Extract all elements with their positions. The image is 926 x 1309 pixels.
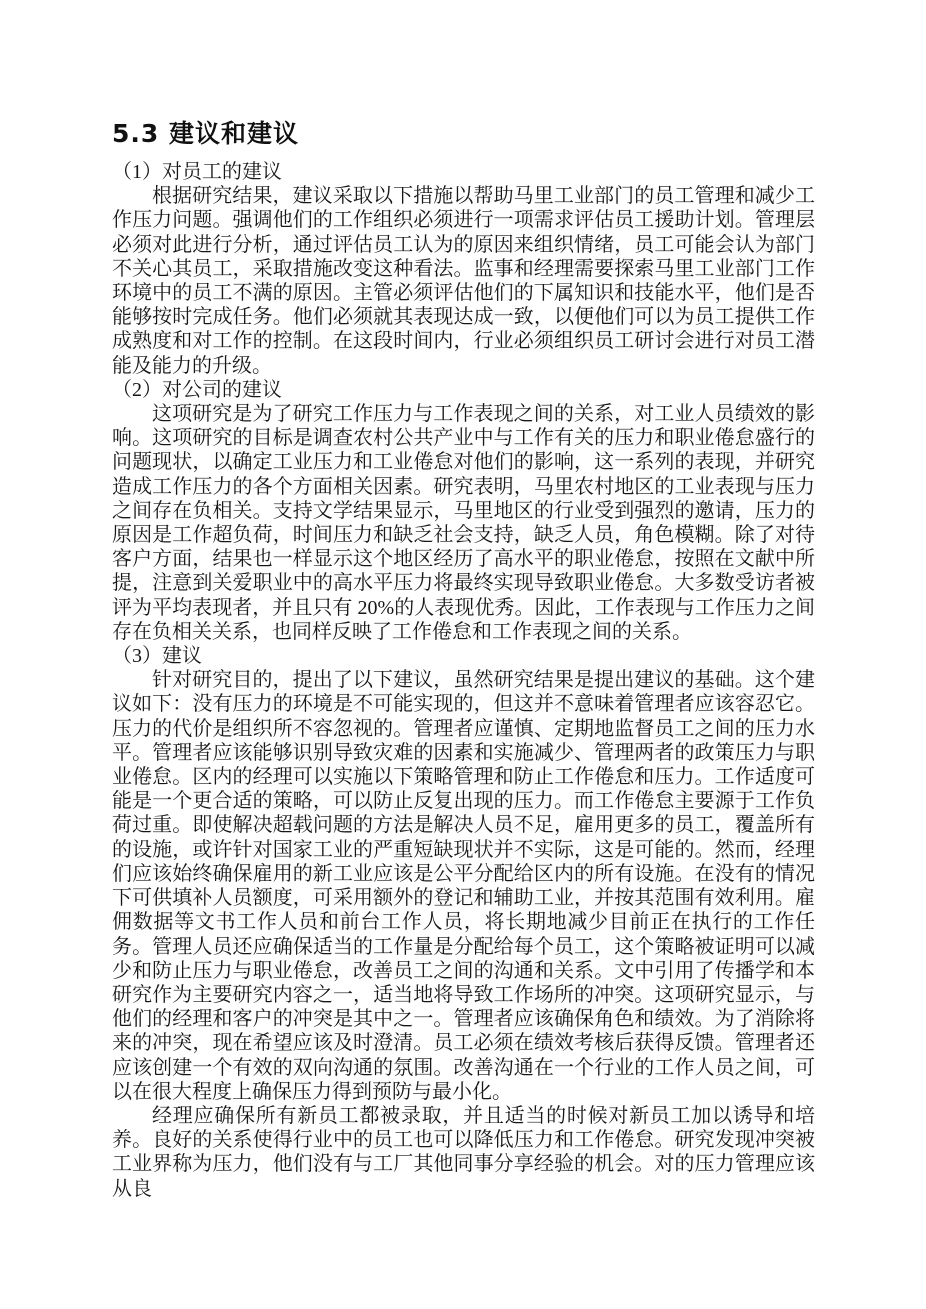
- section-heading: （3）建议: [112, 644, 815, 668]
- paragraph: 根据研究结果，建议采取以下措施以帮助马里工业部门的员工管理和减少工作压力问题。强…: [112, 184, 815, 378]
- document-page: 5.3 建议和建议 （1）对员工的建议 根据研究结果，建议采取以下措施以帮助马里…: [0, 0, 926, 1309]
- section-employee-recommendations: （1）对员工的建议 根据研究结果，建议采取以下措施以帮助马里工业部门的员工管理和…: [112, 160, 815, 378]
- page-title: 5.3 建议和建议: [112, 118, 815, 150]
- paragraph: 经理应确保所有新员工都被录取，并且适当的时候对新员工加以诱导和培养。良好的关系使…: [112, 1104, 815, 1201]
- paragraph: 这项研究是为了研究工作压力与工作表现之间的关系，对工业人员绩效的影响。这项研究的…: [112, 402, 815, 644]
- section-heading: （1）对员工的建议: [112, 160, 815, 184]
- paragraph: 针对研究目的，提出了以下建议，虽然研究结果是提出建议的基础。这个建议如下：没有压…: [112, 668, 815, 1104]
- section-general-recommendations: （3）建议 针对研究目的，提出了以下建议，虽然研究结果是提出建议的基础。这个建议…: [112, 644, 815, 1201]
- section-company-recommendations: （2）对公司的建议 这项研究是为了研究工作压力与工作表现之间的关系，对工业人员绩…: [112, 378, 815, 644]
- section-heading: （2）对公司的建议: [112, 378, 815, 402]
